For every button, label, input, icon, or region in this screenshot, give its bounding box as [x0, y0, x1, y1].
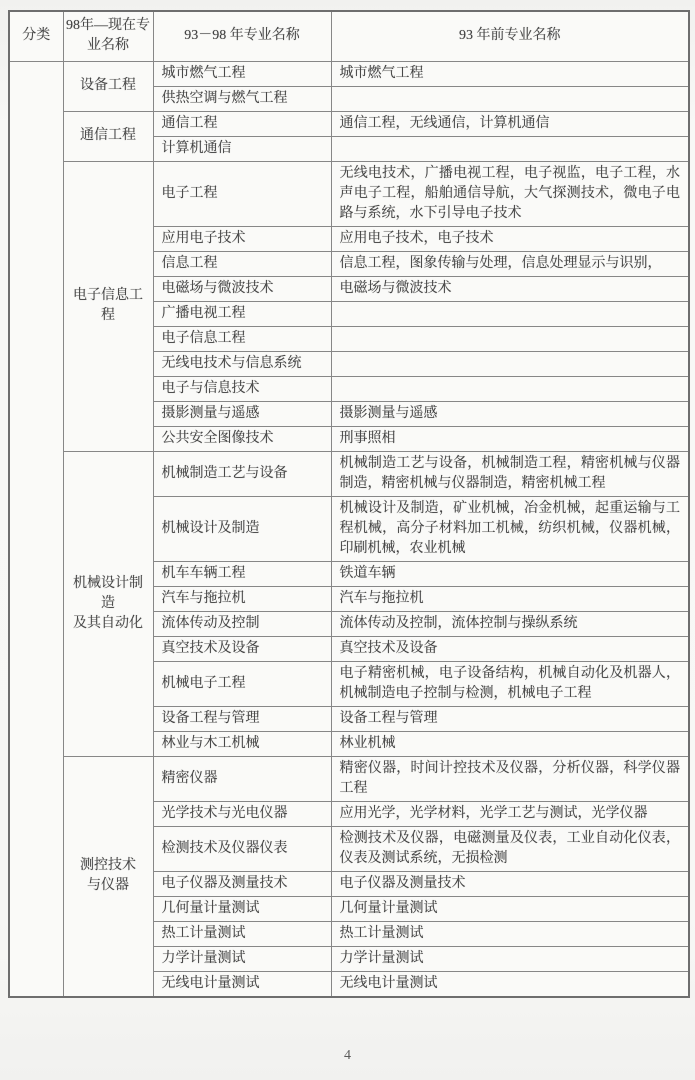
table-row: 通信工程 通信工程 通信工程，无线通信，计算机通信: [9, 111, 689, 136]
major-pre-93-cell: 电子仪器及测量技术: [331, 871, 689, 896]
major-93-98-cell: 真空技术及设备: [153, 636, 331, 661]
major-93-98-cell: 电磁场与微波技术: [153, 276, 331, 301]
major-93-98-cell: 光学技术与光电仪器: [153, 801, 331, 826]
major-pre-93-cell: [331, 301, 689, 326]
major-pre-93-cell: 无线电技术，广播电视工程，电子视监，电子工程，水声电子工程，船舶通信导航，大气探…: [331, 161, 689, 226]
major-pre-93-cell: 信息工程，图象传输与处理，信息处理显示与识别，: [331, 251, 689, 276]
major-93-98-cell: 信息工程: [153, 251, 331, 276]
major-pre-93-cell: 设备工程与管理: [331, 706, 689, 731]
major-pre-93-cell: 摄影测量与遥感: [331, 401, 689, 426]
category-empty-cell: [9, 61, 63, 997]
major-93-98-cell: 公共安全图像技术: [153, 426, 331, 451]
major-93-98-cell: 精密仪器: [153, 756, 331, 801]
major-pre-93-cell: 流体传动及控制，流体控制与操纵系统: [331, 611, 689, 636]
table-header-row: 分类 98年—现在专 业名称 93－98 年专业名称 93 年前专业名称: [9, 11, 689, 61]
category-group-cell: 电子信息工 程: [63, 161, 153, 451]
major-93-98-cell: 电子工程: [153, 161, 331, 226]
major-93-98-cell: 计算机通信: [153, 136, 331, 161]
major-pre-93-cell: [331, 376, 689, 401]
major-93-98-cell: 供热空调与燃气工程: [153, 86, 331, 111]
table-row: 测控技术 与仪器 精密仪器 精密仪器，时间计控技术及仪器，分析仪器，科学仪器工程: [9, 756, 689, 801]
major-93-98-cell: 城市燃气工程: [153, 61, 331, 86]
major-pre-93-cell: 铁道车辆: [331, 561, 689, 586]
major-pre-93-cell: 无线电计量测试: [331, 971, 689, 997]
major-93-98-cell: 机车车辆工程: [153, 561, 331, 586]
major-pre-93-cell: 精密仪器，时间计控技术及仪器，分析仪器，科学仪器工程: [331, 756, 689, 801]
major-pre-93-cell: 刑事照相: [331, 426, 689, 451]
major-pre-93-cell: 电子精密机械，电子设备结构，机械自动化及机器人，机械制造电子控制与检测，机械电子…: [331, 661, 689, 706]
major-93-98-cell: 机械制造工艺与设备: [153, 451, 331, 496]
major-pre-93-cell: 城市燃气工程: [331, 61, 689, 86]
major-93-98-cell: 无线电计量测试: [153, 971, 331, 997]
header-pre-93: 93 年前专业名称: [331, 11, 689, 61]
major-pre-93-cell: [331, 326, 689, 351]
major-93-98-cell: 力学计量测试: [153, 946, 331, 971]
major-93-98-cell: 流体传动及控制: [153, 611, 331, 636]
major-93-98-cell: 摄影测量与遥感: [153, 401, 331, 426]
category-group-cell: 设备工程: [63, 61, 153, 111]
major-pre-93-cell: 机械制造工艺与设备，机械制造工程，精密机械与仪器制造，精密机械与仪器制造，精密机…: [331, 451, 689, 496]
major-pre-93-cell: 应用电子技术，电子技术: [331, 226, 689, 251]
major-pre-93-cell: 电磁场与微波技术: [331, 276, 689, 301]
major-pre-93-cell: 热工计量测试: [331, 921, 689, 946]
major-pre-93-cell: 真空技术及设备: [331, 636, 689, 661]
major-93-98-cell: 无线电技术与信息系统: [153, 351, 331, 376]
page-number: 4: [0, 1048, 695, 1064]
major-pre-93-cell: 通信工程，无线通信，计算机通信: [331, 111, 689, 136]
major-pre-93-cell: 力学计量测试: [331, 946, 689, 971]
major-pre-93-cell: 检测技术及仪器，电磁测量及仪表，工业自动化仪表，仪表及测试系统，无损检测: [331, 826, 689, 871]
major-93-98-cell: 设备工程与管理: [153, 706, 331, 731]
major-93-98-cell: 应用电子技术: [153, 226, 331, 251]
major-93-98-cell: 机械电子工程: [153, 661, 331, 706]
table-row: 电子信息工 程 电子工程 无线电技术，广播电视工程，电子视监，电子工程，水声电子…: [9, 161, 689, 226]
major-mapping-table: 分类 98年—现在专 业名称 93－98 年专业名称 93 年前专业名称 设备工…: [8, 10, 690, 998]
category-group-cell: 机械设计制造 及其自动化: [63, 451, 153, 756]
scanned-document-page: 分类 98年—现在专 业名称 93－98 年专业名称 93 年前专业名称 设备工…: [0, 0, 695, 1080]
major-pre-93-cell: 汽车与拖拉机: [331, 586, 689, 611]
major-93-98-cell: 电子仪器及测量技术: [153, 871, 331, 896]
major-93-98-cell: 电子与信息技术: [153, 376, 331, 401]
table-row: 机械设计制造 及其自动化 机械制造工艺与设备 机械制造工艺与设备，机械制造工程，…: [9, 451, 689, 496]
major-pre-93-cell: [331, 351, 689, 376]
major-pre-93-cell: 几何量计量测试: [331, 896, 689, 921]
major-pre-93-cell: 林业机械: [331, 731, 689, 756]
major-93-98-cell: 检测技术及仪器仪表: [153, 826, 331, 871]
category-group-cell: 测控技术 与仪器: [63, 756, 153, 997]
category-group-cell: 通信工程: [63, 111, 153, 161]
major-93-98-cell: 通信工程: [153, 111, 331, 136]
major-pre-93-cell: 应用光学，光学材料，光学工艺与测试，光学仪器: [331, 801, 689, 826]
major-93-98-cell: 几何量计量测试: [153, 896, 331, 921]
major-pre-93-cell: 机械设计及制造，矿业机械，冶金机械，起重运输与工程机械，高分子材料加工机械，纺织…: [331, 496, 689, 561]
major-pre-93-cell: [331, 86, 689, 111]
major-93-98-cell: 林业与木工机械: [153, 731, 331, 756]
header-98-now: 98年—现在专 业名称: [63, 11, 153, 61]
major-pre-93-cell: [331, 136, 689, 161]
table-row: 设备工程 城市燃气工程 城市燃气工程: [9, 61, 689, 86]
major-93-98-cell: 广播电视工程: [153, 301, 331, 326]
major-93-98-cell: 热工计量测试: [153, 921, 331, 946]
major-93-98-cell: 汽车与拖拉机: [153, 586, 331, 611]
major-93-98-cell: 机械设计及制造: [153, 496, 331, 561]
header-category: 分类: [9, 11, 63, 61]
major-93-98-cell: 电子信息工程: [153, 326, 331, 351]
header-93-98: 93－98 年专业名称: [153, 11, 331, 61]
